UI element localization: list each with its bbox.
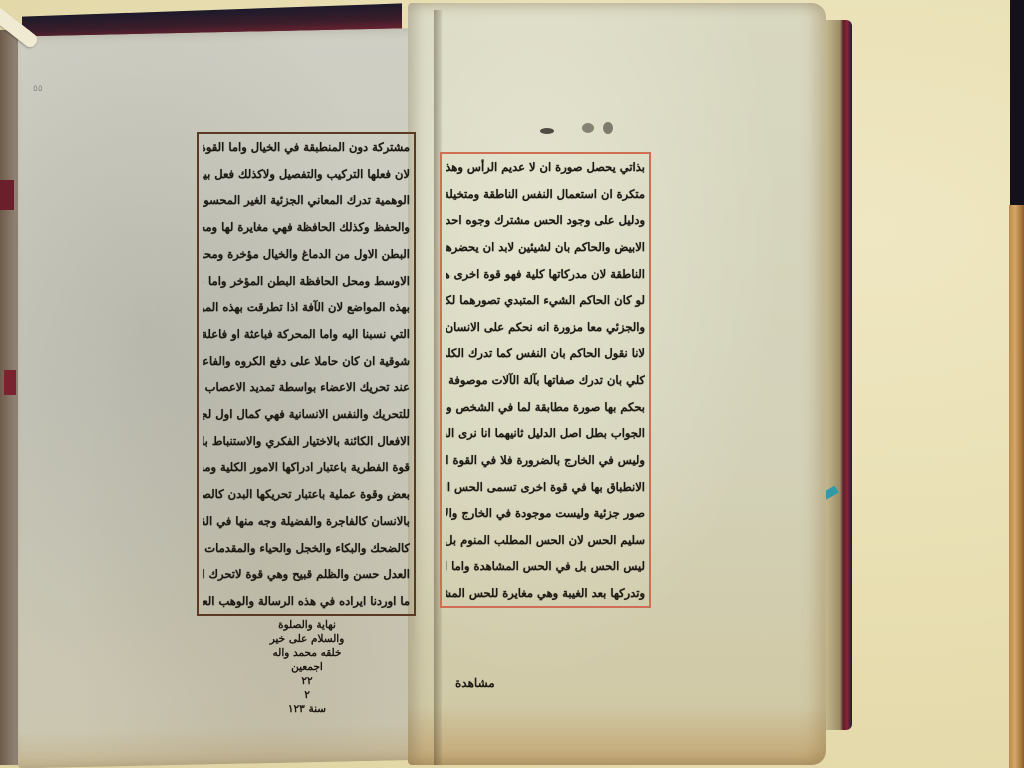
- text-line: العدل حسن والظلم قبيح وهي قوة لاتحرك الا…: [203, 565, 410, 583]
- text-line: البطن الاول من الدماغ والخيال مؤخرة ومحل…: [203, 245, 410, 263]
- text-line: الناطقة لان مدركاتها كلية فهو قوة اخرى ه…: [446, 265, 645, 283]
- text-line: لو كان الحاكم الشيء المتبدي تصورهما لكان…: [446, 291, 645, 309]
- text-line: والحفظ وكذلك الحافظة فهي مغايرة لها ومحل…: [203, 218, 410, 236]
- ink-blot: [540, 128, 554, 134]
- text-line: كالضحك والبكاء والخجل والحياء والمقدمات …: [203, 539, 410, 557]
- text-line: لان فعلها التركيب والتفصيل ولاكذلك فعل ب…: [203, 165, 410, 183]
- text-line: الوهمية تدرك المعاني الجزئية الغير المحس…: [203, 191, 410, 209]
- text-line: لانا نقول الحاكم بان النفس كما تدرك الكل…: [446, 344, 645, 362]
- text-line: بذاتي يحصل صورة ان لا عديم الرأس وهذا ال…: [446, 158, 645, 176]
- colophon-line: ٢٢: [301, 674, 312, 688]
- colophon-line: خلقه محمد واله: [272, 646, 341, 660]
- text-line: صور جزئية وليست موجودة في الخارج والاثبا…: [446, 504, 645, 522]
- text-line: مشترکة دون المنطبقة في الخيال واما القوة…: [203, 138, 410, 156]
- catchword: مشاهدة: [455, 676, 495, 690]
- text-line: التي نسبنا اليه واما المحركة فباعثة او ف…: [203, 325, 410, 343]
- text-line: عند تحريك الاعضاء بواسطة تمديد الاعصاب و…: [203, 378, 410, 396]
- text-line: وليس في الخارج بالضرورة فلا في القوة الت…: [446, 451, 645, 469]
- text-line: بالانسان كالفاجرة والفضيلة وجه منها في ا…: [203, 512, 410, 530]
- text-line: قوة الفطرية باعتبار ادراكها الامور الكلي…: [203, 458, 410, 476]
- text-line: الافعال الكائنة بالاختيار الفكري والاستن…: [203, 432, 410, 450]
- left-text-block: مشترکة دون المنطبقة في الخيال واما القوة…: [197, 132, 416, 616]
- colophon-line: ٢: [304, 688, 310, 702]
- text-line: الجواب بطل اصل الدليل ثانيهما انا نرى ال…: [446, 424, 645, 442]
- text-line: شوقية ان كان حاملا على دفع الكروه والفاع…: [203, 352, 410, 370]
- cover-red-mark: [0, 180, 14, 210]
- text-line: ما اوردنا ايراده في هذه الرسالة والوهب ا…: [203, 592, 410, 610]
- text-line: ليس الحس بل في الحس المشاهدة واما الخيال…: [446, 557, 645, 575]
- text-line: ودليل على وجود الحس مشترك وجوه احدها انا…: [446, 211, 645, 229]
- colophon-line: سنة ١٢٣: [288, 702, 326, 716]
- text-line: بعض وقوة عملية باعتبار تحريكها البدن كال…: [203, 485, 410, 503]
- text-line: الانطباق بها في قوة اخرى تسمى الحس المشت…: [446, 478, 645, 496]
- text-line: الابيض والحاكم بان لشيئين لابد ان يحضرهم…: [446, 238, 645, 256]
- right-text-block: بذاتي يحصل صورة ان لا عديم الرأس وهذا ال…: [440, 152, 651, 608]
- colophon-line: اجمعين: [291, 660, 323, 674]
- folio-mark: ٥٥: [33, 84, 43, 94]
- ink-blot: [603, 122, 613, 134]
- text-line: كلي بان تدرك صفاتها بآلة الآلات موصوفة ب…: [446, 371, 645, 389]
- colophon-line: نهاية والصلوة: [278, 618, 336, 632]
- colophon: نهاية والصلوة والسلام على خير خلقه محمد …: [262, 618, 352, 716]
- text-line: للتحريك والنفس الانسانية فهي كمال اول لج…: [203, 405, 410, 423]
- text-line: بهذه المواضع لان الآفة اذا تطرقت بهذه ال…: [203, 298, 410, 316]
- open-manuscript: ٥٥ مشترکة دون المنطبقة في الخيال واما ال…: [0, 0, 1024, 768]
- text-line: والجزئي معا مزورة انه نحكم على الانسان ب…: [446, 318, 645, 336]
- colophon-line: والسلام على خير: [270, 632, 345, 646]
- text-line: سليم الحس لان الحس المطلب المنوم بل في ق…: [446, 531, 645, 549]
- text-line: بحكم بها صورة مطابقة لما في الشخص والقائ…: [446, 398, 645, 416]
- cover-red-mark: [4, 370, 16, 395]
- ink-blot: [582, 123, 594, 133]
- text-line: الاوسط ومحل الحافظة البطن المؤخر واما عل…: [203, 272, 410, 290]
- text-line: وتدركها بعد الغيبة وهي مغايرة للحس المشت…: [446, 584, 645, 602]
- text-line: متكرة ان استعمال النفس الناطقة ومتخيلة ا…: [446, 185, 645, 203]
